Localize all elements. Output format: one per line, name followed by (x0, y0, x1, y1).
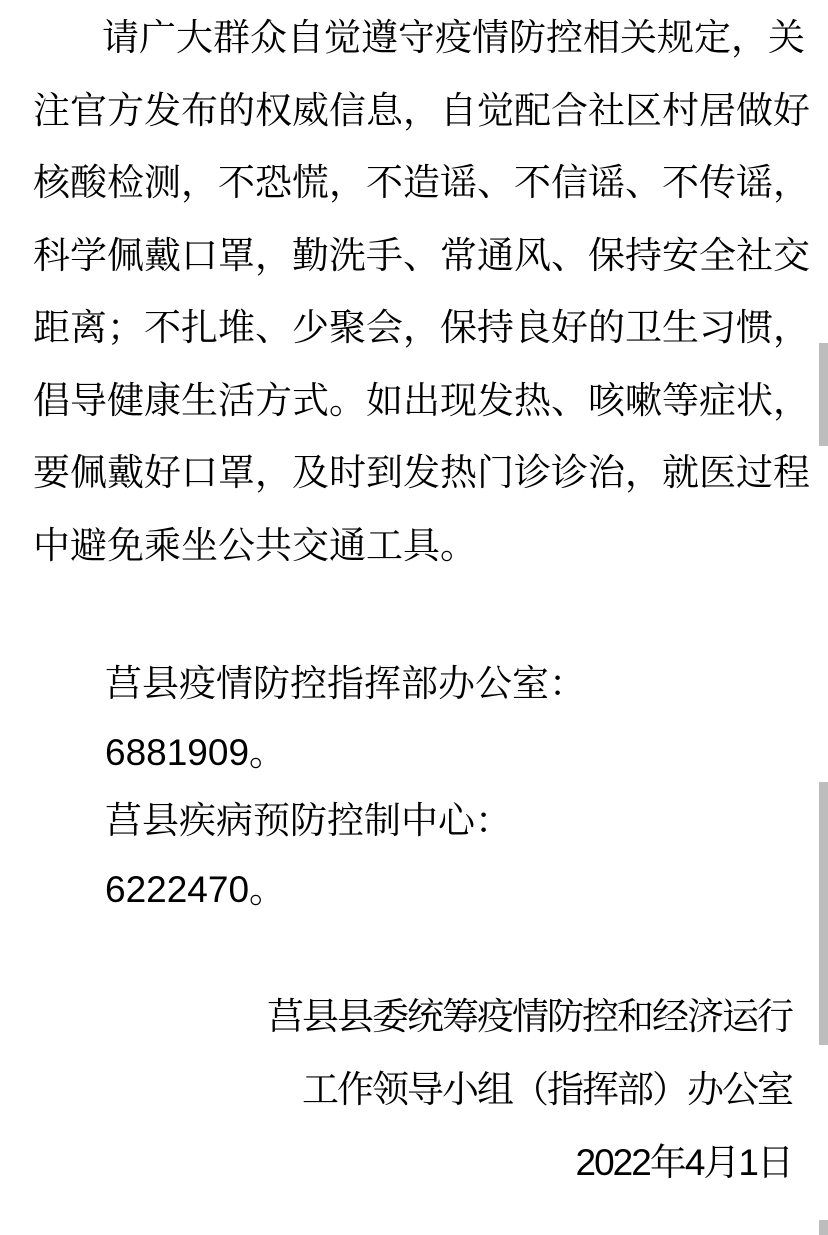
contact-cdc-phone: 6222470。 (105, 856, 828, 925)
signature-org-line-2: 工作领导小组（指挥部）办公室 (0, 1053, 792, 1126)
contact-office-label: 莒县疫情防控指挥部办公室： (105, 650, 828, 719)
body-line: 科学佩戴口罩，勤洗手、常通风、保持安全社交 (33, 220, 812, 293)
scrollbar-thumb-bottom[interactable] (819, 1220, 828, 1235)
body-line: 核酸检测，不恐慌，不造谣、不信谣、不传谣， (33, 147, 812, 220)
contact-cdc-label: 莒县疾病预防控制中心： (105, 787, 828, 856)
signature-date: 2022年4月1日 (0, 1126, 792, 1199)
body-paragraph: 请广大群众自觉遵守疫情防控相关规定，关 注官方发布的权威信息，自觉配合社区村居做… (0, 0, 828, 582)
body-line: 注官方发布的权威信息，自觉配合社区村居做好 (33, 75, 812, 148)
notice-document: 请广大群众自觉遵守疫情防控相关规定，关 注官方发布的权威信息，自觉配合社区村居做… (0, 0, 828, 1235)
scrollbar-thumb-upper[interactable] (819, 343, 828, 446)
body-line: 距离；不扎堆、少聚会，保持良好的卫生习惯， (33, 292, 812, 365)
signature-block: 莒县县委统筹疫情防控和经济运行 工作领导小组（指挥部）办公室 2022年4月1日 (0, 980, 828, 1199)
body-line: 请广大群众自觉遵守疫情防控相关规定，关 (33, 2, 812, 75)
body-line: 倡导健康生活方式。如出现发热、咳嗽等症状， (33, 365, 812, 438)
signature-org-line-1: 莒县县委统筹疫情防控和经济运行 (0, 980, 792, 1053)
contact-block: 莒县疫情防控指挥部办公室： 6881909。 莒县疾病预防控制中心： 62224… (0, 650, 828, 924)
body-line: 中避免乘坐公共交通工具。 (33, 510, 812, 583)
body-line: 要佩戴好口罩，及时到发热门诊诊治，就医过程 (33, 437, 812, 510)
contact-office-phone: 6881909。 (105, 719, 828, 788)
scrollbar-thumb-middle[interactable] (819, 782, 828, 1045)
